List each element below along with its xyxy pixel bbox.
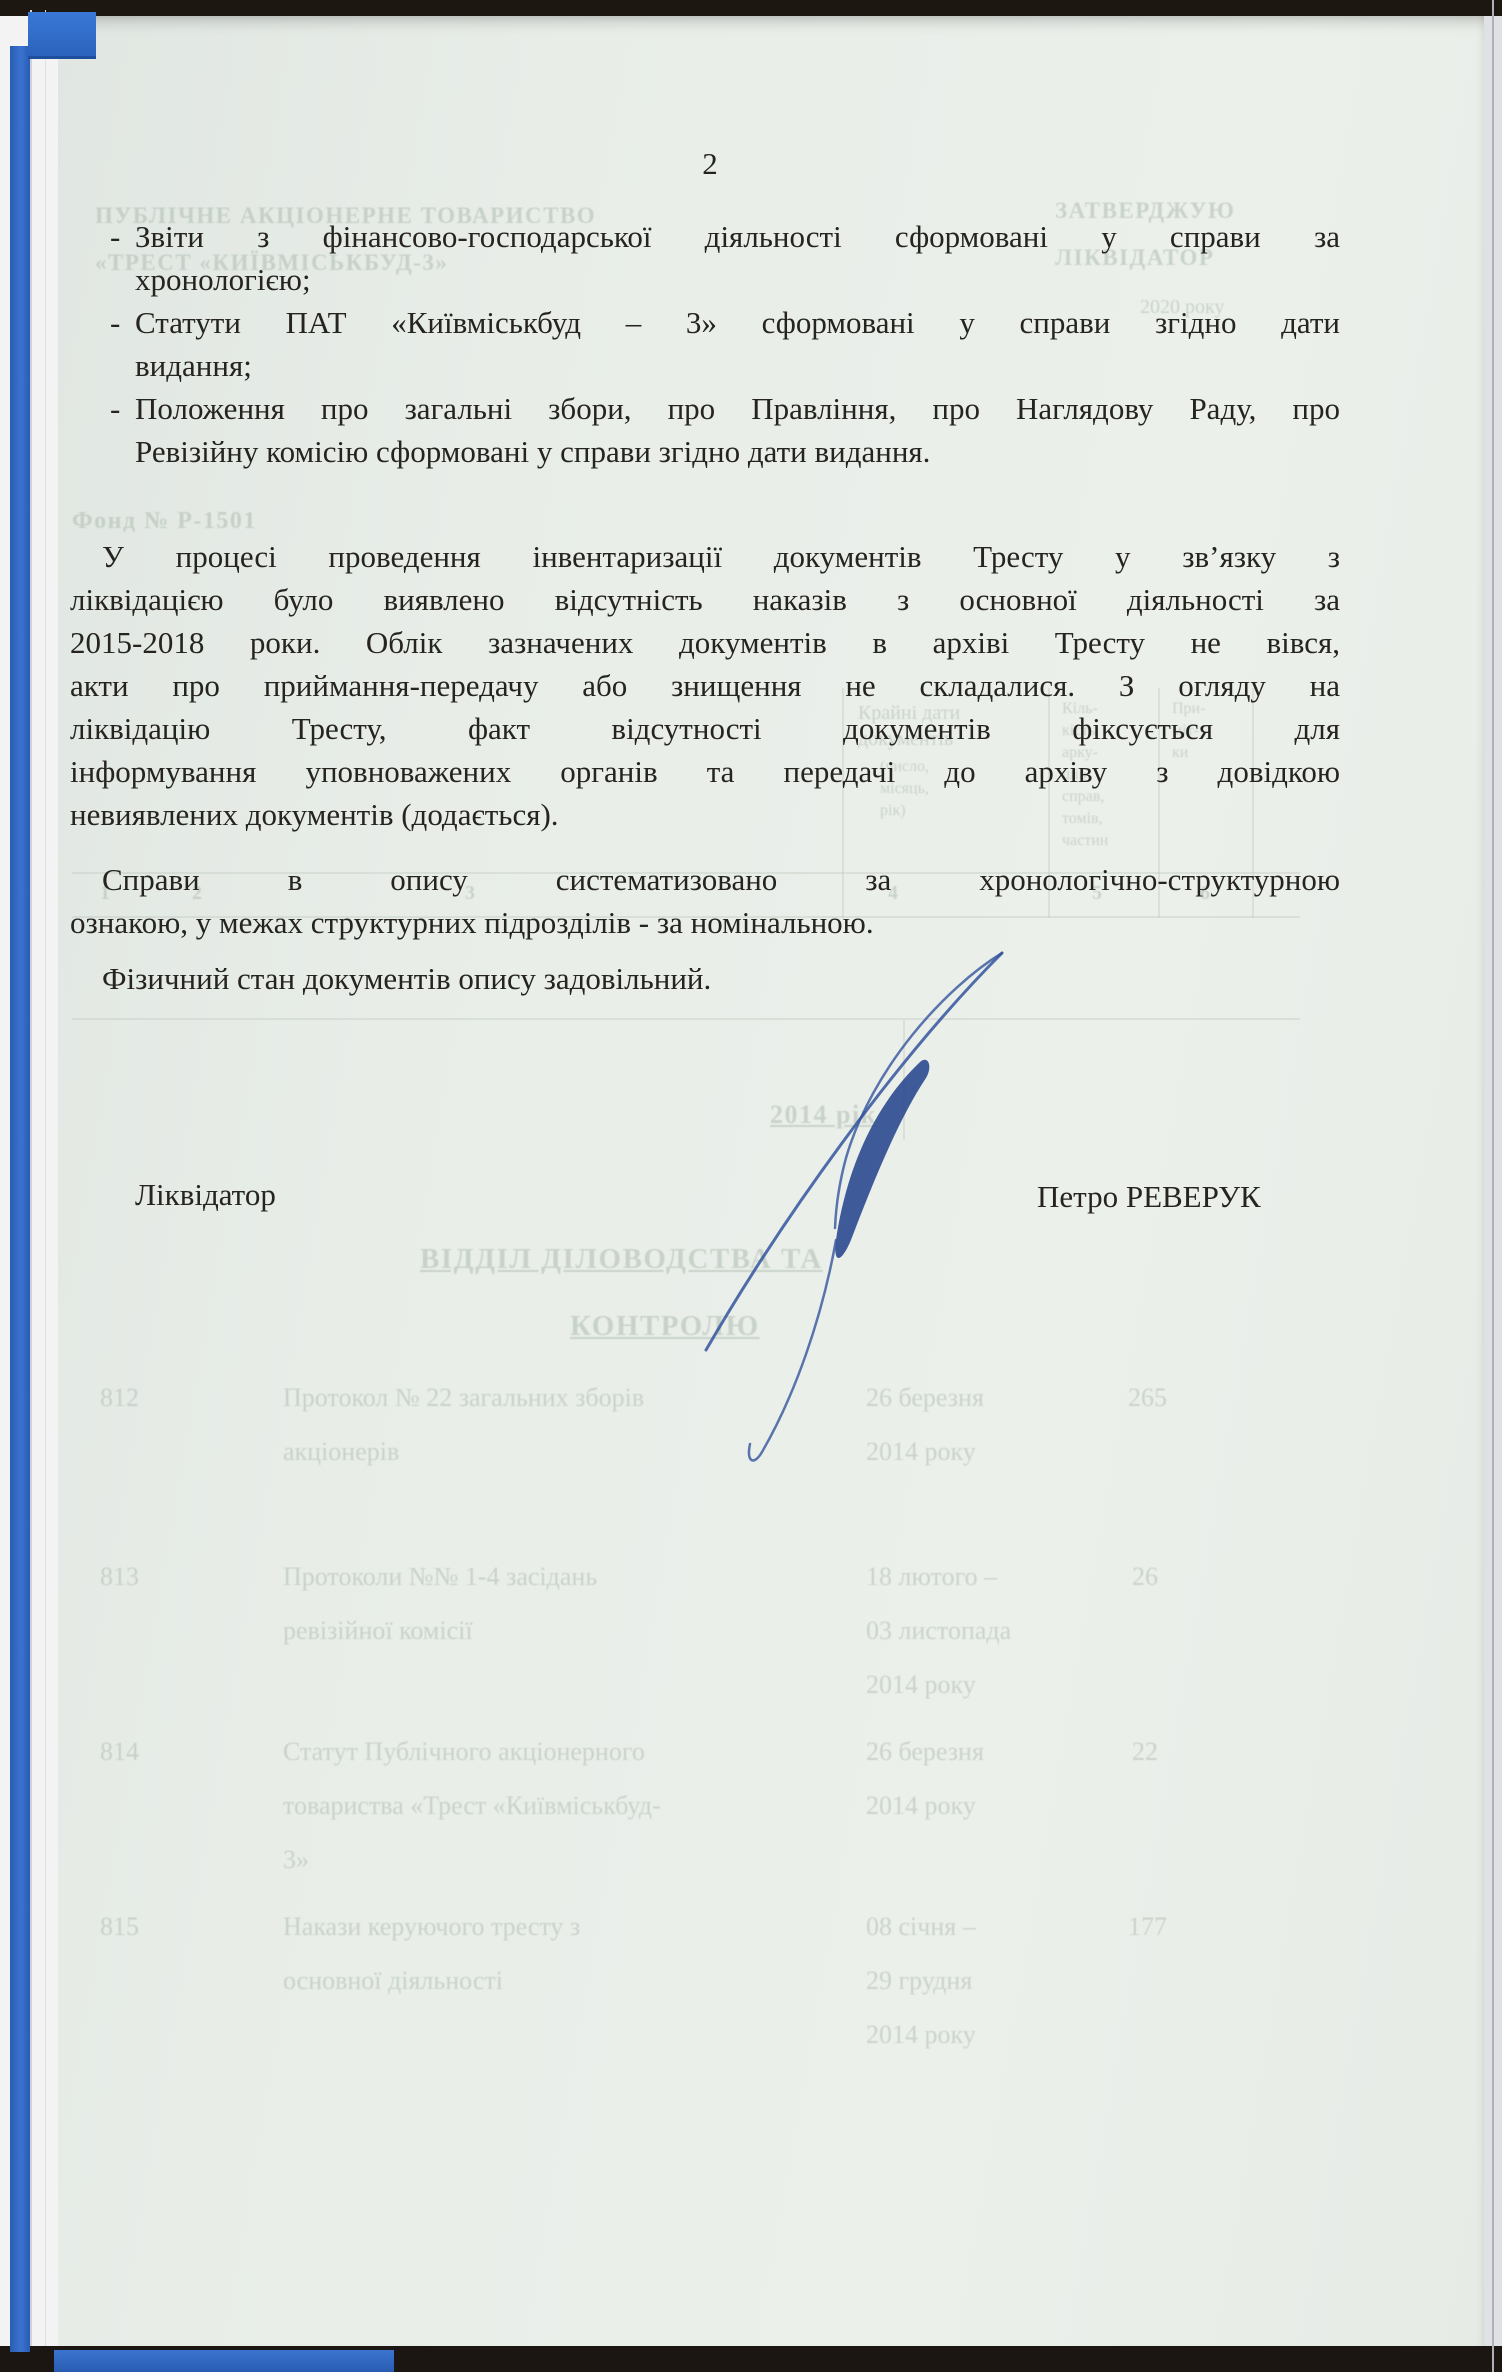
binder-blue-tab	[28, 12, 96, 59]
binder-blue-bottom-bar	[54, 2350, 394, 2372]
handwritten-signature	[0, 0, 1502, 2372]
scanned-document-page: { "page": { "number": "2" }, "bullets": …	[0, 0, 1502, 2372]
left-crease-line	[30, 10, 32, 2372]
left-crease-line	[45, 10, 46, 2372]
binder-blue-spine	[10, 46, 30, 2352]
scan-top-dark-edge	[0, 0, 1502, 16]
right-edge-line	[1492, 0, 1494, 2372]
